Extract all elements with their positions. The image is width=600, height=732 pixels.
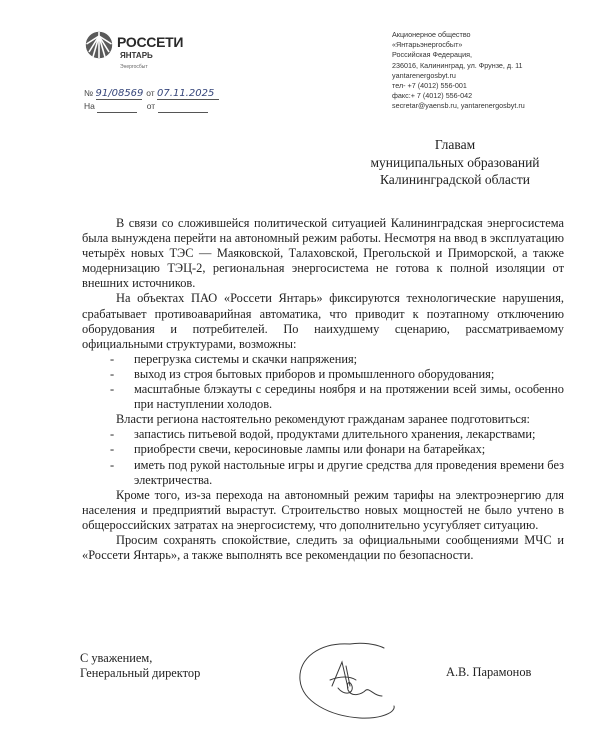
logo-subtitle: ЯНТАРЬ [120, 51, 153, 60]
logo-title: РОССЕТИ [117, 34, 183, 50]
list-dash: - [110, 352, 114, 367]
addressee-line: Калининградской области [340, 171, 570, 189]
ref-label: На [84, 99, 95, 113]
registration-block: № 91/08569 от 07.11.2025 На от [84, 87, 219, 113]
recommendation-item: -иметь под рукой настольные игры и други… [82, 458, 564, 488]
risk-item: -выход из строя бытовых приборов и промы… [82, 367, 564, 382]
signer-position: Генеральный директор [80, 666, 200, 681]
signer-name: А.В. Парамонов [446, 665, 531, 680]
rosseti-sphere-logo-icon [84, 30, 114, 60]
paragraph-tariffs: Кроме того, из-за перехода на автономный… [82, 488, 564, 533]
paragraph-situation: В связи со сложившейся политической ситу… [82, 216, 564, 291]
risk-text: выход из строя бытовых приборов и промыш… [134, 367, 494, 381]
ref-number-blank [97, 102, 137, 113]
outgoing-date: 07.11.2025 [157, 88, 219, 100]
recommendation-text: иметь под рукой настольные игры и другие… [134, 458, 564, 487]
risk-text: масштабные блэкауты с середины ноября и … [134, 382, 564, 411]
organization-details: Акционерное общество «Янтарьэнергосбыт» … [392, 30, 525, 112]
reference-row: На от [84, 100, 219, 113]
signoff-block: С уважением, Генеральный директор [80, 651, 200, 681]
list-dash: - [110, 427, 114, 442]
list-dash: - [110, 458, 114, 473]
logo-division: Энергосбыт [120, 64, 148, 70]
addressee-block: Главам муниципальных образований Калинин… [340, 136, 570, 189]
number-label: № [84, 86, 93, 100]
risk-item: -масштабные блэкауты с середины ноября и… [82, 382, 564, 412]
outgoing-number: 91/08569 [96, 88, 142, 100]
addressee-line: Главам [340, 136, 570, 154]
paragraph-recommendation-intro: Власти региона настоятельно рекомендуют … [82, 412, 564, 427]
recommendation-list: -запастись питьевой водой, продуктами дл… [82, 427, 564, 487]
org-line: Российская Федерация, [392, 50, 525, 60]
org-line: «Янтарьэнергосбыт» [392, 40, 525, 50]
org-email: secretar@yaensb.ru, yantarenergosbyt.ru [392, 101, 525, 111]
org-fax: факс:+ 7 (4012) 556-042 [392, 91, 525, 101]
org-address: 236016, Калининград, ул. Фрунзе, д. 11 [392, 61, 525, 71]
recommendation-item: -приобрести свечи, керосиновые лампы или… [82, 442, 564, 457]
ref-date-blank [158, 102, 208, 113]
company-logo: РОССЕТИ ЯНТАРЬ Энергосбыт [84, 28, 204, 78]
regards-text: С уважением, [80, 651, 200, 666]
list-dash: - [110, 382, 114, 397]
addressee-line: муниципальных образований [340, 154, 570, 172]
recommendation-text: приобрести свечи, керосиновые лампы или … [134, 442, 485, 456]
org-line: Акционерное общество [392, 30, 525, 40]
recommendation-text: запастись питьевой водой, продуктами дли… [134, 427, 535, 441]
risk-list: -перегрузка системы и скачки напряжения;… [82, 352, 564, 412]
paragraph-disruptions: На объектах ПАО «Россети Янтарь» фиксиру… [82, 291, 564, 351]
risk-text: перегрузка системы и скачки напряжения; [134, 352, 357, 366]
list-dash: - [110, 367, 114, 382]
ref-date-label: от [147, 99, 155, 113]
recommendation-item: -запастись питьевой водой, продуктами дл… [82, 427, 564, 442]
risk-item: -перегрузка системы и скачки напряжения; [82, 352, 564, 367]
org-website: yantarenergosbyt.ru [392, 71, 525, 81]
handwritten-signature-icon [290, 636, 420, 722]
date-label: от [146, 86, 154, 100]
letter-body: В связи со сложившейся политической ситу… [82, 216, 564, 563]
paragraph-appeal: Просим сохранять спокойствие, следить за… [82, 533, 564, 563]
list-dash: - [110, 442, 114, 457]
org-phone: тел- +7 (4012) 556-001 [392, 81, 525, 91]
